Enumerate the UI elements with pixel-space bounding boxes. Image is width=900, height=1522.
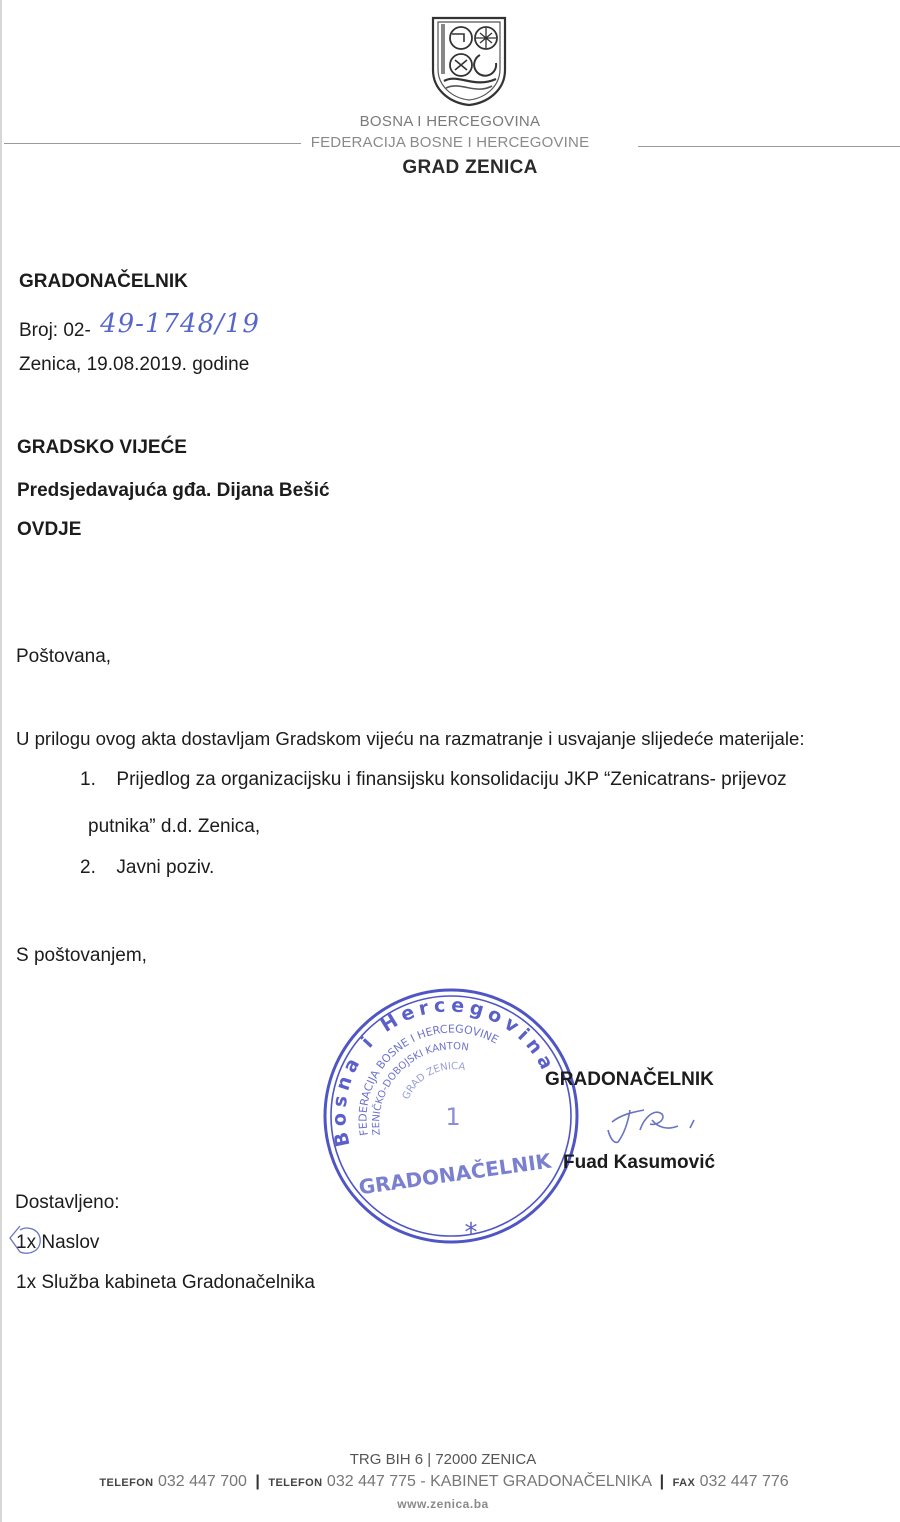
stamp-bottom-text: GRADONAČELNIK [357, 1148, 554, 1199]
footer-tel1-label: TELEFON [99, 1477, 153, 1489]
footer-website[interactable]: www.zenica.ba [0, 1497, 886, 1511]
letterhead-city: GRAD ZENICA [0, 157, 900, 179]
footer-contacts: TELEFON 032 447 700 | TELEFON 032 447 77… [0, 1473, 888, 1491]
footer-tel1: 032 447 700 [158, 1473, 247, 1490]
coat-of-arms-icon [430, 15, 508, 107]
handwritten-signature-icon [600, 1100, 700, 1150]
recipient-location: OVDJE [17, 519, 81, 541]
svg-text:GRAD ZENICA: GRAD ZENICA [401, 1061, 466, 1101]
letterhead-rule-right [638, 146, 900, 147]
letterhead-federation: FEDERACIJA BOSNE I HERCEGOVINE [0, 134, 900, 151]
recipient-body: GRADSKO VIJEĆE [17, 437, 187, 459]
distribution-item: 1x Služba kabineta Gradonačelnika [16, 1272, 315, 1294]
signature-title: GRADONAČELNIK [545, 1069, 714, 1091]
salutation: Poštovana, [16, 646, 111, 668]
list-item-continuation: putnika” d.d. Zenica, [88, 816, 260, 838]
reference-number: Broj: 02- 49-1748/19 [19, 313, 256, 343]
letterhead-country: BOSNA I HERCEGOVINA [0, 113, 900, 130]
list-item: 1. Prijedlog za organizacijsku i finansi… [80, 769, 787, 791]
list-item-number: 1. [80, 769, 96, 790]
list-item-number: 2. [80, 857, 96, 878]
reference-number-handwritten: 49-1748/19 [100, 309, 260, 339]
distribution-label: Dostavljeno: [15, 1192, 120, 1214]
page-edge [0, 0, 2, 1522]
intro-paragraph: U prilogu ovog akta dostavljam Gradskom … [16, 728, 805, 750]
sender-office: GRADONAČELNIK [19, 271, 188, 293]
stamp-ring-city: GRAD ZENICA [401, 1061, 466, 1101]
closing: S poštovanjem, [16, 945, 147, 967]
footer-fax-label: FAX [673, 1477, 696, 1489]
stamp-number: 1 [445, 1103, 460, 1131]
footer-tel2-label: TELEFON [268, 1477, 322, 1489]
signatory-name: Fuad Kasumović [563, 1152, 715, 1174]
distribution-item: 1x Naslov [16, 1232, 99, 1254]
list-item-text: Prijedlog za organizacijsku i finansijsk… [116, 769, 786, 790]
stamp-star: * [465, 1218, 478, 1247]
list-item: 2. Javni poziv. [80, 857, 214, 879]
footer-tel2: 032 447 775 - KABINET GRADONAČELNIKA [327, 1473, 651, 1490]
official-stamp-icon: Bosna i Hercegovina FEDERACIJA BOSNE I H… [320, 985, 582, 1247]
place-date: Zenica, 19.08.2019. godine [19, 354, 249, 376]
footer-fax: 032 447 776 [700, 1473, 789, 1490]
footer-address: TRG BIH 6 | 72000 ZENICA [0, 1451, 886, 1468]
reference-number-label: Broj: 02- [19, 320, 91, 341]
list-item-text: Javni poziv. [116, 857, 214, 878]
recipient-person: Predsjedavajuća gđa. Dijana Bešić [17, 480, 330, 502]
